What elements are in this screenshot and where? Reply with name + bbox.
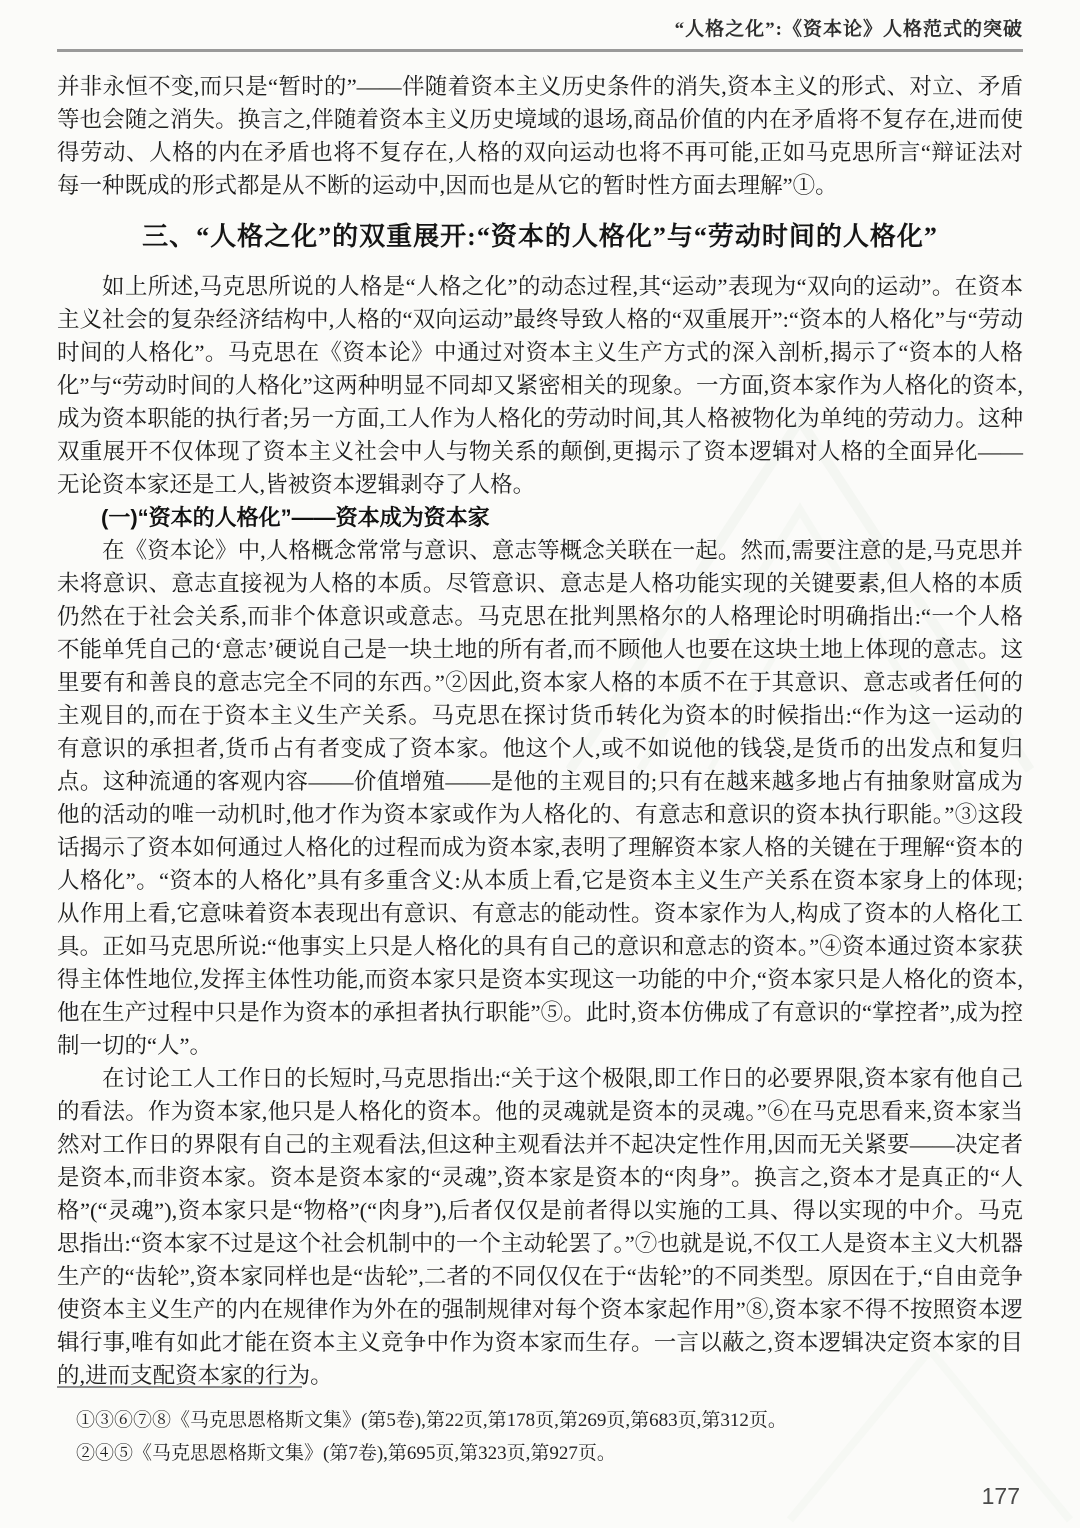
article-body: 并非永恒不变,而只是“暂时的”——伴随着资本主义历史条件的消失,资本主义的形式、… — [57, 70, 1023, 1392]
footnote-line-2: ②④⑤《马克思恩格斯文集》(第7卷),第695页,第323页,第927页。 — [57, 1437, 1023, 1470]
paragraph-working-day: 在讨论工人工作日的长短时,马克思指出:“关于这个极限,即工作日的必要界限,资本家… — [57, 1062, 1023, 1392]
section-heading: 三、“人格之化”的双重展开:“资本的人格化”与“劳动时间的人格化” — [57, 220, 1023, 254]
footnote-separator — [57, 1386, 302, 1388]
footnote-line-1: ①③⑥⑦⑧《马克思恩格斯文集》(第5卷),第22页,第178页,第269页,第6… — [57, 1404, 1023, 1437]
subsection-heading: (一)“资本的人格化”——资本成为资本家 — [57, 501, 1023, 534]
page-number: 177 — [982, 1483, 1020, 1510]
document-page: “人格之化”:《资本论》人格范式的突破 并非永恒不变,而只是“暂时的”——伴随着… — [0, 0, 1080, 1528]
page-header: “人格之化”:《资本论》人格范式的突破 — [57, 0, 1023, 52]
footnotes-area: ①③⑥⑦⑧《马克思恩格斯文集》(第5卷),第22页,第178页,第269页,第6… — [57, 1386, 1023, 1470]
paragraph-overview: 如上所述,马克思所说的人格是“人格之化”的动态过程,其“运动”表现为“双向的运动… — [57, 270, 1023, 501]
paragraph-continuation: 并非永恒不变,而只是“暂时的”——伴随着资本主义历史条件的消失,资本主义的形式、… — [57, 70, 1023, 202]
header-rule — [57, 49, 1023, 52]
paragraph-capital-personification: 在《资本论》中,人格概念常常与意识、意志等概念关联在一起。然而,需要注意的是,马… — [57, 534, 1023, 1062]
running-title: “人格之化”:《资本论》人格范式的突破 — [57, 14, 1023, 49]
